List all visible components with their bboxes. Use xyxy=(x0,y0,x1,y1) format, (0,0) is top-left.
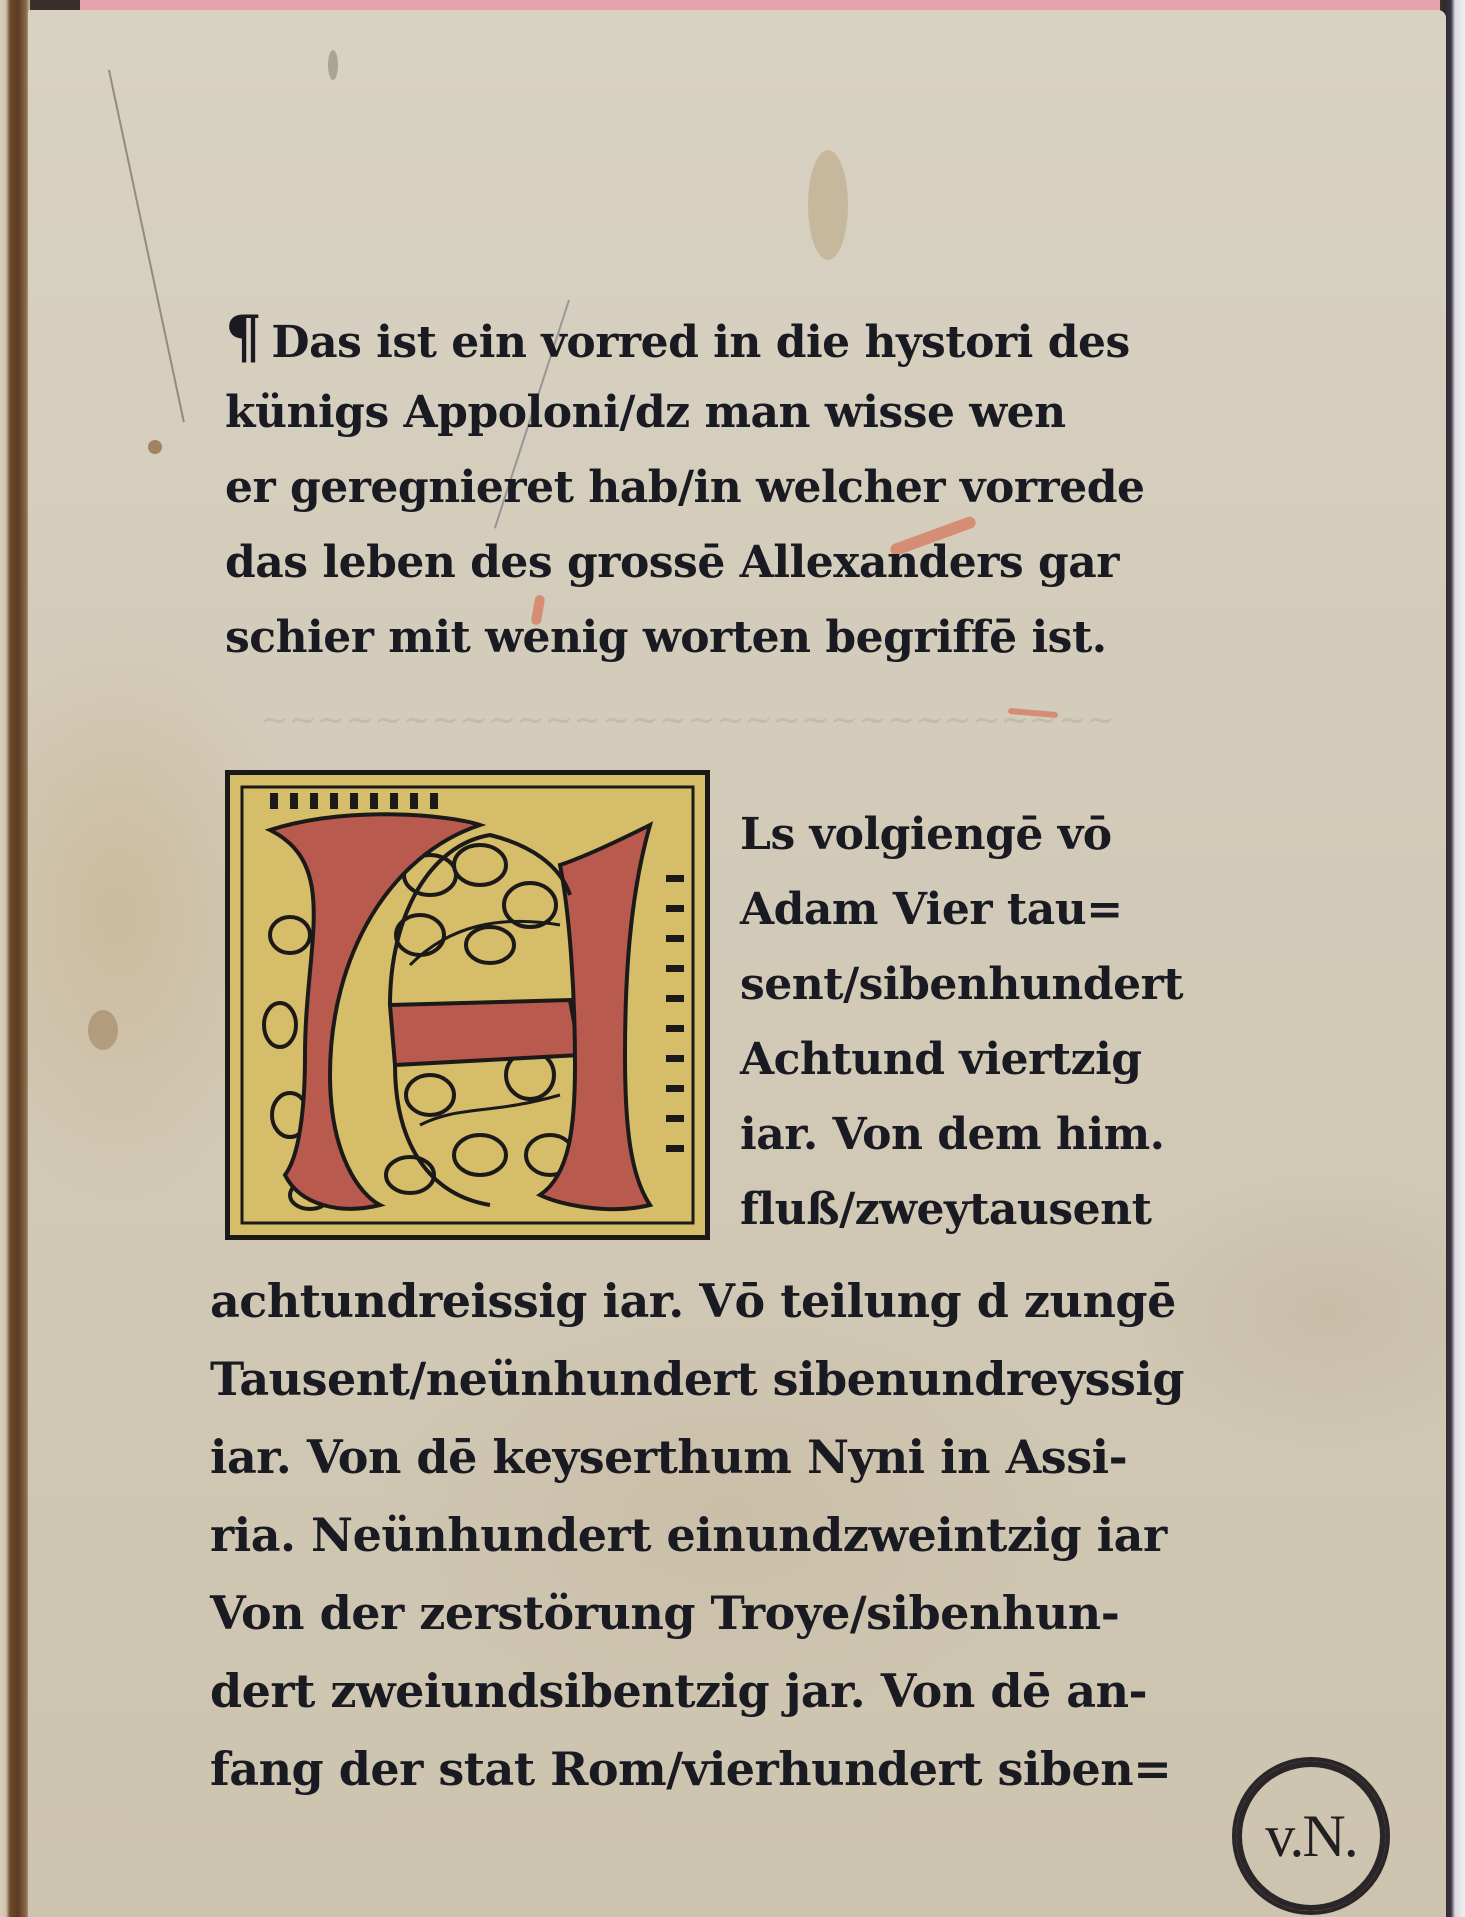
decorated-initial-a xyxy=(225,770,710,1240)
body-line: Achtund viertzig xyxy=(740,1022,1210,1097)
paper-crack xyxy=(108,70,185,423)
bleed-through-text: ~~~~~~~~~~~~~~~~~~~~~~~~~~~~~~ xyxy=(260,700,1060,740)
heading-line-5: schier mit wenig worten begriffē ist. xyxy=(225,600,1205,675)
stamp-text: v.N. xyxy=(1265,1802,1356,1871)
body-line: fang der stat Rom/vierhundert siben= xyxy=(210,1730,1210,1808)
pilcrow-mark: ¶ xyxy=(225,303,261,371)
book-spine xyxy=(0,0,30,1917)
stain xyxy=(88,1010,118,1050)
initial-a-icon xyxy=(230,775,705,1235)
stain xyxy=(328,50,338,80)
right-page-edge xyxy=(1443,0,1465,1917)
heading-line-2: künigs Appoloni/dz man wisse wen xyxy=(225,375,1205,450)
body-line: iar. Von dem him. xyxy=(740,1097,1210,1172)
body-line: achtundreissig iar. Vō teilung d zungē xyxy=(210,1262,1210,1340)
heading-line-3: er geregnieret hab/in welcher vorrede xyxy=(225,450,1205,525)
ownership-stamp: v.N. xyxy=(1232,1757,1390,1915)
heading-line-1: ¶Das ist ein vorred in die hystori des xyxy=(225,300,1205,375)
body-line: Ls volgiengē vō xyxy=(740,797,1210,872)
heading-line-4: das leben des grossē Allexanders gar xyxy=(225,525,1205,600)
body-line: sent/sibenhundert xyxy=(740,947,1210,1022)
stain xyxy=(808,150,848,260)
body-line: dert zweiundsibentzig jar. Von dē an- xyxy=(210,1652,1210,1730)
body-line: Von der zerstörung Troye/sibenhun- xyxy=(210,1574,1210,1652)
body-line: iar. Von dē keyserthum Nyni in Assi- xyxy=(210,1418,1210,1496)
body-line: Adam Vier tau= xyxy=(740,872,1210,947)
body-line: ria. Neünhundert einundzweintzig iar xyxy=(210,1496,1210,1574)
body-line: fluß/zweytausent xyxy=(740,1172,1210,1247)
stain xyxy=(148,440,162,454)
body-line: Tausent/neünhundert sibenundreyssig xyxy=(210,1340,1210,1418)
